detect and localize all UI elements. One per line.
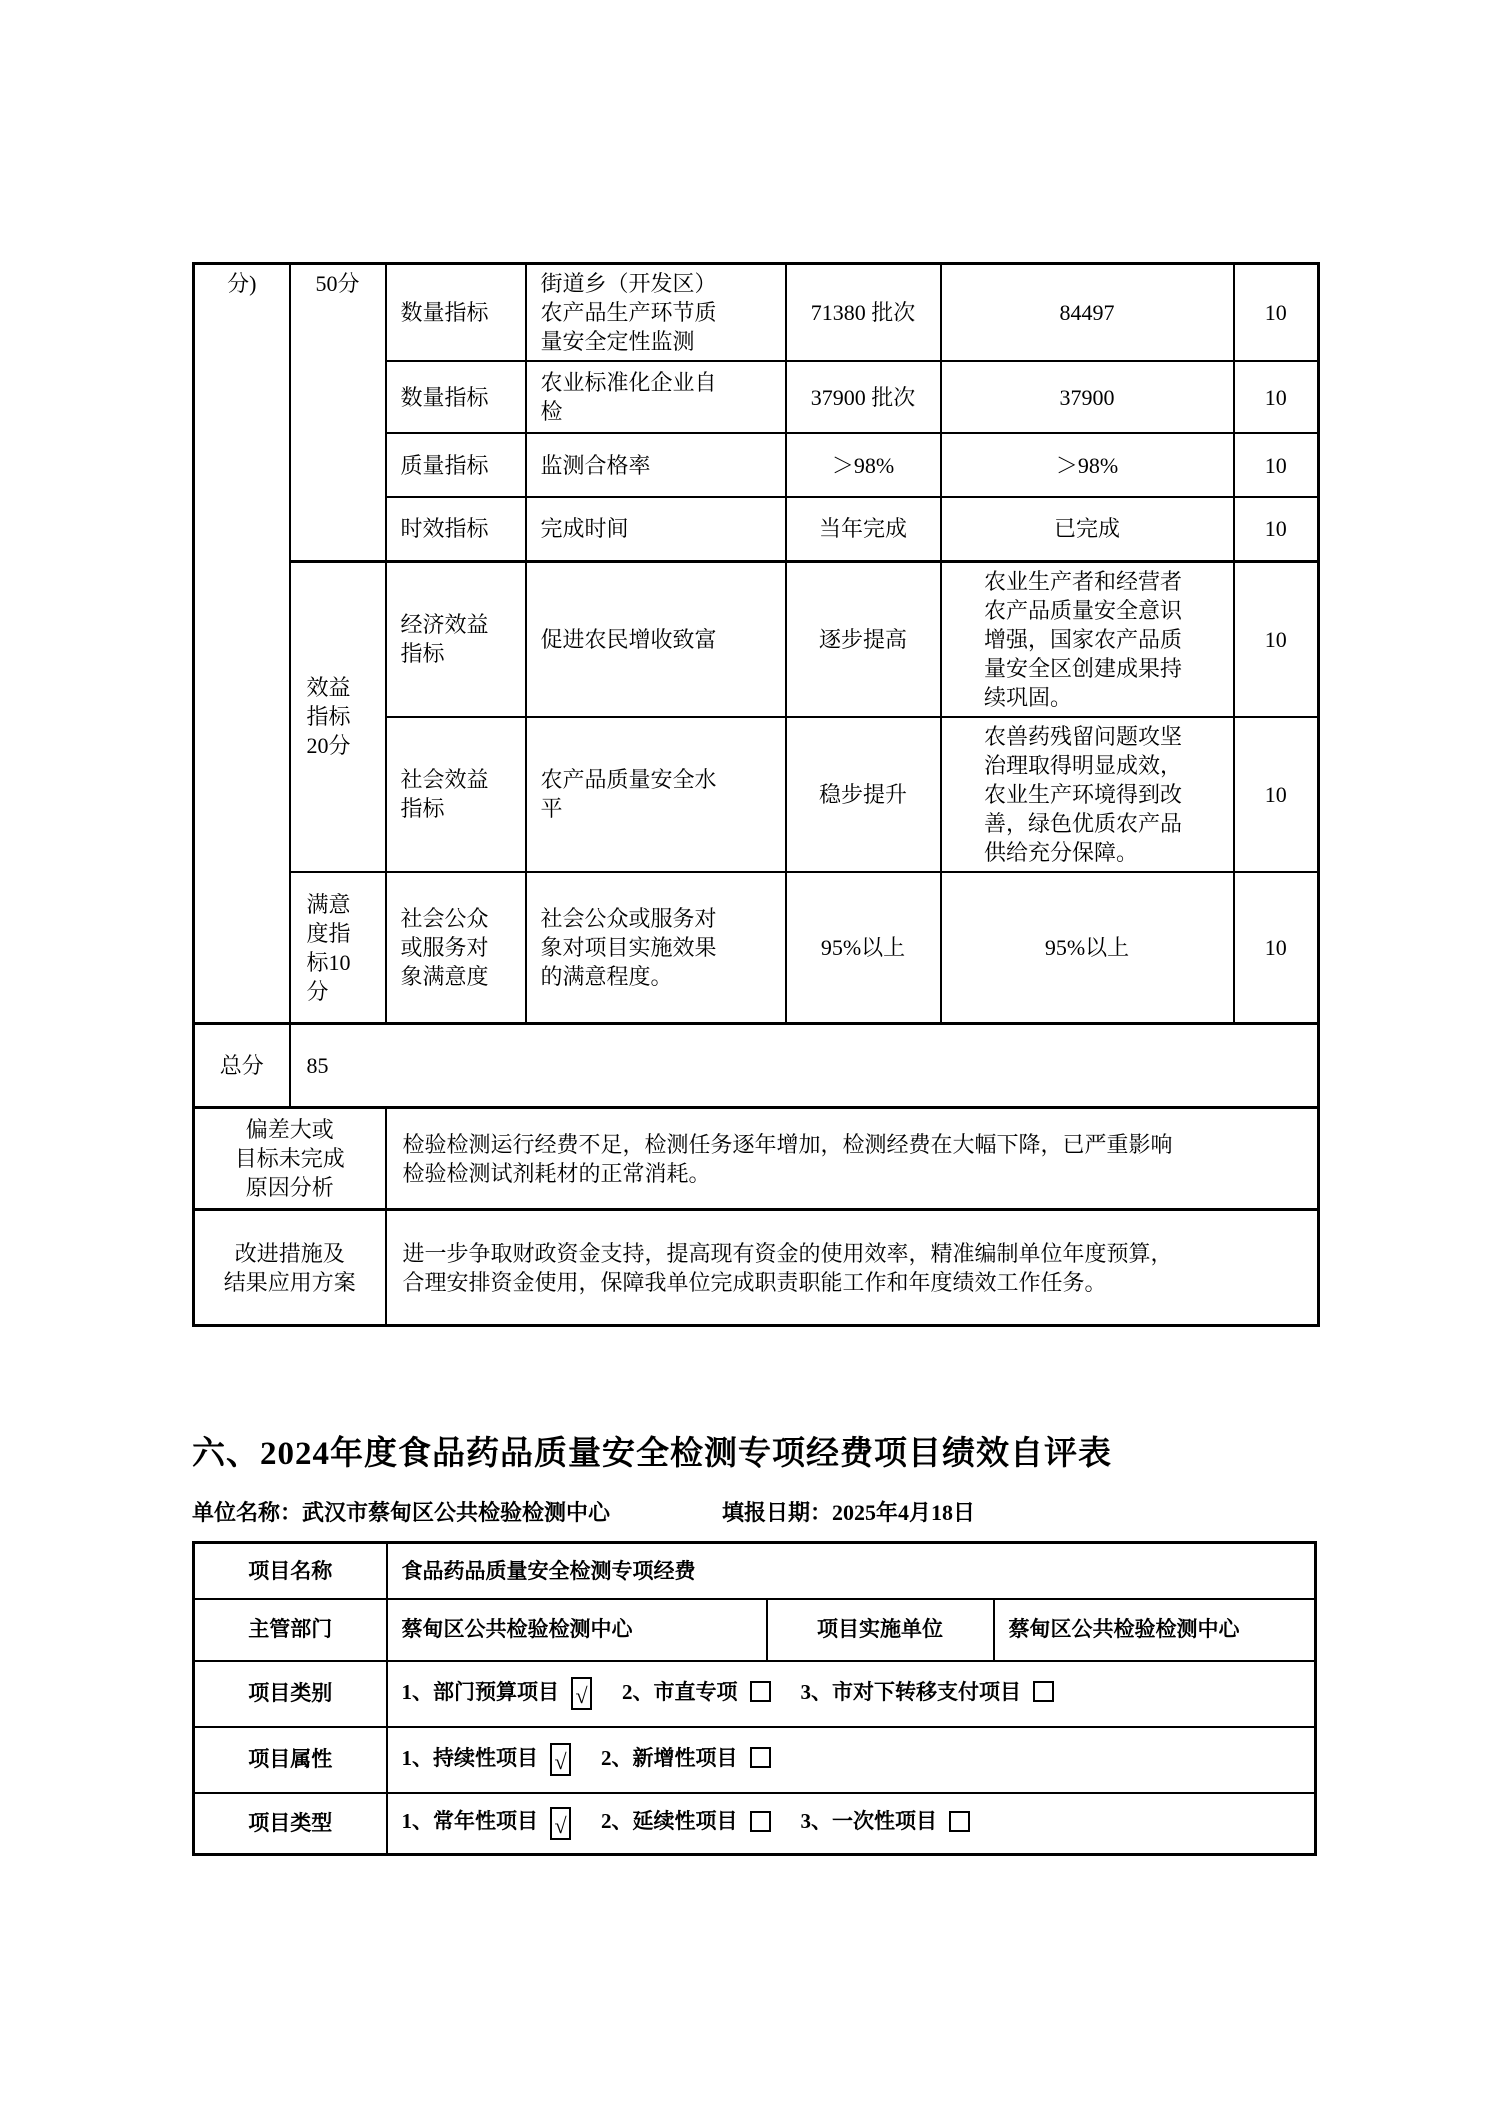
project-option: 1、部门预算项目√ [402,1680,593,1704]
project-name-value: 食品药品质量安全检测专项经费 [387,1543,1316,1599]
actual-value-cell: 农兽药残留问题攻坚治理取得明显成效，农业生产环境得到改善，绿色优质农产品供给充分… [941,717,1234,872]
project-option: 2、延续性项目 [601,1809,771,1833]
total-score-label: 总分 [194,1024,290,1108]
indicator-type-cell: 时效指标 [386,497,526,561]
project-option: 3、市对下转移支付项目 [801,1680,1055,1704]
indicator-type-cell: 数量指标 [386,264,526,362]
indicator-name-cell: 监测合格率 [526,433,786,497]
score-cell: 10 [1234,433,1319,497]
project-category-options: 1、部门预算项目√2、市直专项3、市对下转移支付项目 [387,1661,1316,1727]
improvement-measures-row: 改进措施及 结果应用方案 进一步争取财政资金支持，提高现有资金的使用效率，精准编… [194,1210,1319,1326]
target-value-cell: 37900 批次 [786,361,941,433]
project-category-label: 项目类别 [194,1661,387,1727]
option-label: 1、常年性项目 [402,1809,539,1833]
deviation-analysis-row: 偏差大或 目标未完成 原因分析 检验检测运行经费不足，检测任务逐年增加，检测经费… [194,1108,1319,1210]
indicator-type-cell: 数量指标 [386,361,526,433]
performance-indicator-table: 分) 50分 数量指标 街道乡（开发区）农产品生产环节质量安全定性监测 7138… [192,262,1320,1327]
score-group-continuation-cell: 分) [194,264,290,1024]
indicator-row: 效益指标20分 经济效益指标 促进农民增收致富 逐步提高 农业生产者和经营者农产… [194,561,1319,717]
project-name-label: 项目名称 [194,1543,387,1599]
total-score-value: 85 [290,1024,1319,1108]
satisfaction-indicator-10-group-cell: 满意度指标10分 [290,872,386,1024]
improvement-measures-label: 改进措施及 结果应用方案 [194,1210,386,1326]
project-category-row: 项目类别 1、部门预算项目√2、市直专项3、市对下转移支付项目 [194,1661,1316,1727]
option-label: 3、市对下转移支付项目 [801,1680,1022,1704]
indicator-type-cell: 社会效益指标 [386,717,526,872]
target-value-cell: 当年完成 [786,497,941,561]
improvement-measures-text: 进一步争取财政资金支持，提高现有资金的使用效率，精准编制单位年度预算，合理安排资… [386,1210,1319,1326]
actual-value-cell: 84497 [941,264,1234,362]
score-cell: 10 [1234,717,1319,872]
project-option: 1、常年性项目√ [402,1809,572,1833]
output-indicator-50-group-cell: 50分 [290,264,386,562]
unchecked-checkbox [949,1811,970,1832]
score-cell: 10 [1234,361,1319,433]
option-label: 2、新增性项目 [601,1746,738,1770]
checked-checkbox: √ [550,1807,571,1840]
score-cell: 10 [1234,872,1319,1024]
unchecked-checkbox [750,1811,771,1832]
checked-checkbox: √ [571,1677,592,1710]
checked-checkbox: √ [550,1743,571,1776]
target-value-cell: 95%以上 [786,872,941,1024]
project-option: 2、市直专项 [622,1680,771,1704]
project-info-table: 项目名称 食品药品质量安全检测专项经费 主管部门 蔡甸区公共检验检测中心 项目实… [192,1541,1317,1856]
project-attribute-options: 1、持续性项目√2、新增性项目 [387,1727,1316,1793]
option-label: 1、持续性项目 [402,1746,539,1770]
score-cell: 10 [1234,264,1319,362]
section-title: 六、2024年度食品药品质量安全检测专项经费项目绩效自评表 [192,1427,1486,1474]
project-option: 1、持续性项目√ [402,1746,572,1770]
unchecked-checkbox [750,1681,771,1702]
unit-name-label: 单位名称： [192,1500,302,1525]
project-option: 2、新增性项目 [601,1746,771,1770]
score-cell: 10 [1234,561,1319,717]
target-value-cell: 稳步提升 [786,717,941,872]
implementing-unit-value: 蔡甸区公共检验检测中心 [994,1599,1316,1661]
project-attribute-label: 项目属性 [194,1727,387,1793]
indicator-row: 分) 50分 数量指标 街道乡（开发区）农产品生产环节质量安全定性监测 7138… [194,264,1319,362]
actual-value-cell: 37900 [941,361,1234,433]
unit-name-value: 武汉市蔡甸区公共检验检测中心 [302,1500,610,1525]
indicator-row: 满意度指标10分 社会公众或服务对象满意度 社会公众或服务对象对项目实施效果的满… [194,872,1319,1024]
indicator-name-cell: 街道乡（开发区）农产品生产环节质量安全定性监测 [526,264,786,362]
deviation-analysis-text: 检验检测运行经费不足，检测任务逐年增加，检测经费在大幅下降，已严重影响检验检测试… [386,1108,1319,1210]
report-date-value: 2025年4月18日 [832,1500,975,1525]
indicator-type-cell: 质量指标 [386,433,526,497]
indicator-type-cell: 经济效益指标 [386,561,526,717]
target-value-cell: ＞98% [786,433,941,497]
project-name-row: 项目名称 食品药品质量安全检测专项经费 [194,1543,1316,1599]
indicator-name-cell: 完成时间 [526,497,786,561]
project-type-row: 项目类型 1、常年性项目√2、延续性项目3、一次性项目 [194,1793,1316,1855]
indicator-name-cell: 社会公众或服务对象对项目实施效果的满意程度。 [526,872,786,1024]
deviation-analysis-label: 偏差大或 目标未完成 原因分析 [194,1108,386,1210]
indicator-name-cell: 促进农民增收致富 [526,561,786,717]
actual-value-cell: 农业生产者和经营者农产品质量安全意识增强，国家农产品质量安全区创建成果持续巩固。 [941,561,1234,717]
project-attribute-row: 项目属性 1、持续性项目√2、新增性项目 [194,1727,1316,1793]
option-label: 2、市直专项 [622,1680,738,1704]
benefit-indicator-20-group-cell: 效益指标20分 [290,561,386,872]
option-label: 2、延续性项目 [601,1809,738,1833]
actual-value-cell: ＞98% [941,433,1234,497]
option-label: 3、一次性项目 [801,1809,938,1833]
actual-value-cell: 已完成 [941,497,1234,561]
project-type-label: 项目类型 [194,1793,387,1855]
department-value: 蔡甸区公共检验检测中心 [387,1599,767,1661]
target-value-cell: 71380 批次 [786,264,941,362]
unchecked-checkbox [750,1747,771,1768]
indicator-name-cell: 农产品质量安全水平 [526,717,786,872]
department-row: 主管部门 蔡甸区公共检验检测中心 项目实施单位 蔡甸区公共检验检测中心 [194,1599,1316,1661]
option-label: 1、部门预算项目 [402,1680,560,1704]
indicator-name-cell: 农业标准化企业自检 [526,361,786,433]
target-value-cell: 逐步提高 [786,561,941,717]
total-score-row: 总分 85 [194,1024,1319,1108]
score-cell: 10 [1234,497,1319,561]
implementing-unit-label: 项目实施单位 [767,1599,994,1661]
project-option: 3、一次性项目 [801,1809,971,1833]
section-subtitle: 单位名称：武汉市蔡甸区公共检验检测中心填报日期：2025年4月18日 [192,1496,1486,1527]
actual-value-cell: 95%以上 [941,872,1234,1024]
document-page: 分) 50分 数量指标 街道乡（开发区）农产品生产环节质量安全定性监测 7138… [0,0,1486,2103]
project-type-options: 1、常年性项目√2、延续性项目3、一次性项目 [387,1793,1316,1855]
unchecked-checkbox [1033,1681,1054,1702]
indicator-type-cell: 社会公众或服务对象满意度 [386,872,526,1024]
report-date-label: 填报日期： [722,1500,832,1525]
department-label: 主管部门 [194,1599,387,1661]
